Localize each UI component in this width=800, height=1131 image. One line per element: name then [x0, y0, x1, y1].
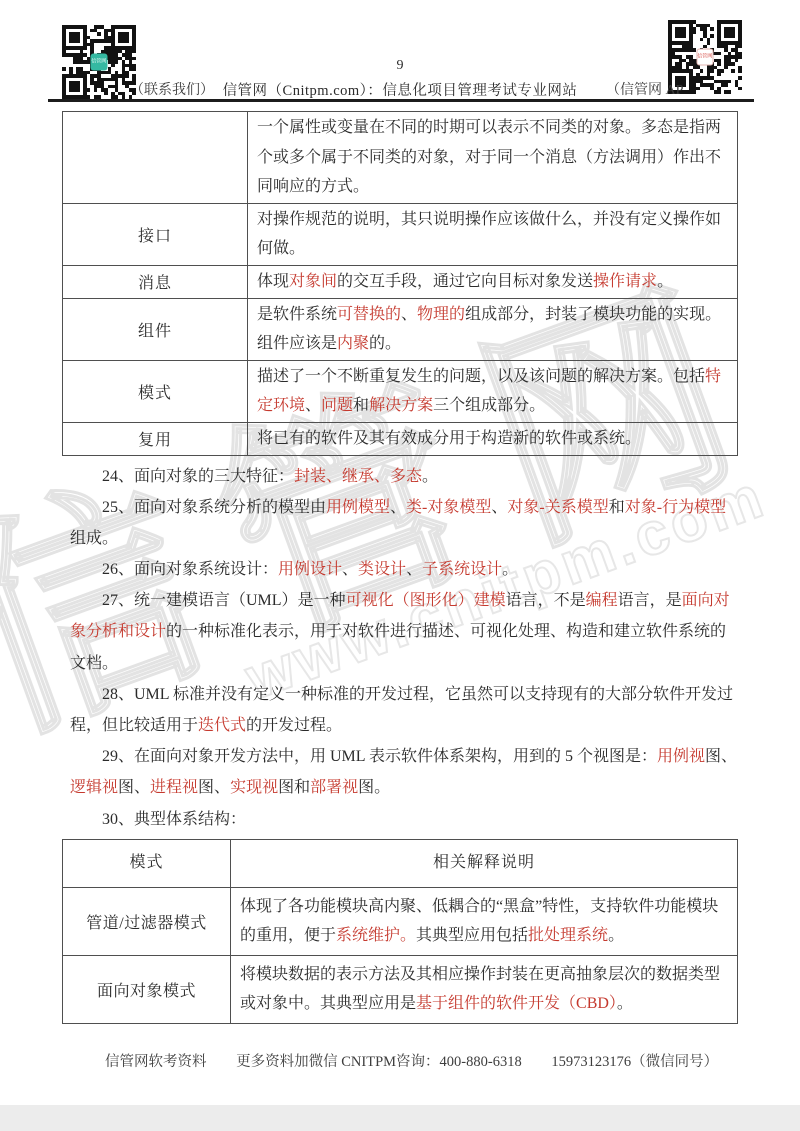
architecture-patterns-table: 模式 相关解释说明 管道/过滤器模式 体现了各功能模块高内聚、低耦合的“黑盒”特…: [62, 839, 738, 1024]
qr-app-label: （信管网 AP: [606, 79, 683, 99]
highlighted-text: 操作请求: [593, 273, 657, 290]
definition-cell: 描述了一个不断重复发生的问题，以及该问题的解决方案。包括特定环境、问题和解决方案…: [248, 360, 738, 422]
table-header-row: 模式 相关解释说明: [63, 839, 738, 887]
pattern-cell: 面向对象模式: [63, 955, 231, 1023]
highlighted-text: 进程视: [150, 779, 198, 796]
footer-site-label: 信管网软考资料: [105, 1054, 207, 1070]
text-run: 图、: [198, 779, 230, 796]
text-run: 30、典型体系结构：: [102, 811, 246, 828]
note-item-30: 30、典型体系结构：: [70, 804, 738, 835]
footer-wechat-label: 更多资料加微信 CNITPM: [236, 1054, 396, 1070]
text-run: 图和: [278, 779, 310, 796]
text-run: 语言，不是: [506, 592, 586, 609]
oo-terms-table: 一个属性或变量在不同的时期可以表示不同类的对象。多态是指两个或多个属于不同类的对…: [62, 111, 738, 456]
term-cell: [63, 112, 248, 204]
text-run: 。: [617, 995, 633, 1012]
text-run: 。: [657, 273, 673, 290]
highlighted-text: 类设计: [358, 561, 406, 578]
definition-cell: 将已有的软件及其有效成分用于构造新的软件或系统。: [248, 422, 738, 455]
highlighted-text: 用例模型: [326, 499, 390, 516]
notes-list: 24、面向对象的三大特征：封装、继承、多态。 25、面向对象系统分析的模型由用例…: [62, 461, 738, 835]
text-run: 24、面向对象的三大特征：: [102, 468, 294, 485]
text-run: 25、面向对象系统分析的模型由: [102, 499, 326, 516]
highlighted-text: 可视化（图形化）建模: [346, 592, 506, 609]
text-run: 图。: [358, 779, 390, 796]
text-run: 、: [401, 306, 417, 323]
text-run: 的一种标准化表示，用于对软件进行描述、可视化处理、构造和建立软件系统的文档。: [70, 623, 726, 671]
table-row: 复用 将已有的软件及其有效成分用于构造新的软件或系统。: [63, 422, 738, 455]
text-run: 和: [353, 397, 369, 414]
highlighted-text: 可替换的: [337, 306, 401, 323]
text-run: 的。: [369, 335, 401, 352]
text-run: 其典型应用包括: [416, 927, 528, 944]
qr-contact-label: （联系我们）: [130, 79, 214, 99]
text-run: 26、面向对象系统设计：: [102, 561, 278, 578]
highlighted-text: 对象间: [289, 273, 337, 290]
explanation-cell: 将模块数据的表示方法及其相应操作封装在更高抽象层次的数据类型或对象中。其典型应用…: [231, 955, 738, 1023]
table-row: 面向对象模式 将模块数据的表示方法及其相应操作封装在更高抽象层次的数据类型或对象…: [63, 955, 738, 1023]
note-item-24: 24、面向对象的三大特征：封装、继承、多态。: [70, 461, 738, 492]
text-run: 三个组成部分。: [433, 397, 545, 414]
highlighted-text: 用例设计: [278, 561, 342, 578]
page-bottom-band: [0, 1105, 800, 1131]
text-run: 。: [502, 561, 518, 578]
footer-hotline: 咨询：400-880-6318: [396, 1054, 522, 1070]
table-row: 组件 是软件系统可替换的、物理的组成部分，封装了模块功能的实现。组件应该是内聚的…: [63, 298, 738, 360]
footer-left: 信管网软考资料 更多资料加微信 CNITPM: [105, 1050, 396, 1071]
definition-cell: 是软件系统可替换的、物理的组成部分，封装了模块功能的实现。组件应该是内聚的。: [248, 298, 738, 360]
highlighted-text: 编程: [586, 592, 618, 609]
highlighted-text: 问题: [321, 397, 353, 414]
text-run: 、: [406, 561, 422, 578]
column-header-explanation: 相关解释说明: [231, 839, 738, 887]
highlighted-text: 解决方案: [369, 397, 433, 414]
highlighted-text: 批处理系统: [528, 927, 608, 944]
footer-right: 咨询：400-880-6318 15973123176（微信同号）: [396, 1050, 718, 1071]
highlighted-text: 对象-关系模型: [507, 499, 608, 516]
text-run: 、: [390, 499, 406, 516]
note-item-26: 26、面向对象系统设计：用例设计、类设计、子系统设计。: [70, 554, 738, 585]
term-cell: 接口: [63, 203, 248, 265]
text-run: 、: [342, 561, 358, 578]
definition-cell: 对操作规范的说明，其只说明操作应该做什么，并没有定义操作如何做。: [248, 203, 738, 265]
highlighted-text: 物理的: [417, 306, 465, 323]
term-cell: 组件: [63, 298, 248, 360]
highlighted-text: 基于组件的软件开发（CBD）: [416, 995, 617, 1012]
text-run: 。: [422, 468, 438, 485]
highlighted-text: 实现视: [230, 779, 278, 796]
pattern-cell: 管道/过滤器模式: [63, 887, 231, 955]
footer-phone: 15973123176（微信同号）: [551, 1054, 718, 1070]
document-body: 一个属性或变量在不同的时期可以表示不同类的对象。多态是指两个或多个属于不同类的对…: [62, 111, 738, 1024]
note-item-25: 25、面向对象系统分析的模型由用例模型、类-对象模型、对象-关系模型和对象-行为…: [70, 492, 738, 554]
text-run: 体现: [257, 273, 289, 290]
text-run: 是软件系统: [257, 306, 337, 323]
text-run: 和: [609, 499, 625, 516]
term-cell: 消息: [63, 265, 248, 298]
highlighted-text: 封装、继承、多态: [294, 468, 422, 485]
table-row: 管道/过滤器模式 体现了各功能模块高内聚、低耦合的“黑盒”特性，支持软件功能模块…: [63, 887, 738, 955]
highlighted-text: 逻辑视: [70, 779, 118, 796]
explanation-cell: 体现了各功能模块高内聚、低耦合的“黑盒”特性，支持软件功能模块的重用，便于系统维…: [231, 887, 738, 955]
note-item-27: 27、统一建模语言（UML）是一种可视化（图形化）建模语言，不是编程语言，是面向…: [70, 585, 738, 679]
note-item-28: 28、UML 标准并没有定义一种标准的开发过程，它虽然可以支持现有的大部分软件开…: [70, 679, 738, 741]
table-row: 一个属性或变量在不同的时期可以表示不同类的对象。多态是指两个或多个属于不同类的对…: [63, 112, 738, 204]
highlighted-text: 类-对象模型: [406, 499, 491, 516]
table-row: 接口 对操作规范的说明，其只说明操作应该做什么，并没有定义操作如何做。: [63, 203, 738, 265]
text-run: 29、在面向对象开发方法中，用 UML 表示软件体系架构，用到的 5 个视图是：: [102, 748, 657, 765]
text-run: 的开发过程。: [246, 717, 342, 734]
column-header-pattern: 模式: [63, 839, 231, 887]
text-run: 对操作规范的说明，其只说明操作应该做什么，并没有定义操作如何做。: [257, 211, 721, 258]
page-footer: 信管网软考资料 更多资料加微信 CNITPM 咨询：400-880-6318 1…: [0, 1050, 800, 1071]
definition-cell: 体现对象间的交互手段，通过它向目标对象发送操作请求。: [248, 265, 738, 298]
highlighted-text: 子系统设计: [422, 561, 502, 578]
text-run: 、: [305, 397, 321, 414]
header-rule: [48, 99, 754, 102]
highlighted-text: 对象-行为模型: [625, 499, 726, 516]
term-cell: 模式: [63, 360, 248, 422]
highlighted-text: 部署视: [310, 779, 358, 796]
table-row: 消息 体现对象间的交互手段，通过它向目标对象发送操作请求。: [63, 265, 738, 298]
table-row: 模式 描述了一个不断重复发生的问题，以及该问题的解决方案。包括特定环境、问题和解…: [63, 360, 738, 422]
text-run: 、: [491, 499, 507, 516]
text-run: 组成。: [70, 530, 118, 547]
text-run: 描述了一个不断重复发生的问题，以及该问题的解决方案。包括: [257, 368, 705, 385]
highlighted-text: 系统维护。: [336, 927, 416, 944]
text-run: 语言，是: [618, 592, 682, 609]
highlighted-text: 迭代式: [198, 717, 246, 734]
highlighted-text: 用例视: [657, 748, 705, 765]
highlighted-text: 内聚: [337, 335, 369, 352]
text-run: 27、统一建模语言（UML）是一种: [102, 592, 346, 609]
text-run: 图、: [118, 779, 150, 796]
note-item-29: 29、在面向对象开发方法中，用 UML 表示软件体系架构，用到的 5 个视图是：…: [70, 741, 738, 803]
text-run: 。: [608, 927, 624, 944]
term-cell: 复用: [63, 422, 248, 455]
definition-cell: 一个属性或变量在不同的时期可以表示不同类的对象。多态是指两个或多个属于不同类的对…: [248, 112, 738, 204]
text-run: 的交互手段，通过它向目标对象发送: [337, 273, 593, 290]
text-run: 图、: [705, 748, 737, 765]
text-run: 28、UML 标准并没有定义一种标准的开发过程，它虽然可以支持现有的大部分软件开…: [70, 686, 733, 734]
text-run: 一个属性或变量在不同的时期可以表示不同类的对象。多态是指两个或多个属于不同类的对…: [257, 119, 721, 195]
text-run: 将已有的软件及其有效成分用于构造新的软件或系统。: [257, 430, 641, 447]
page-number: 9: [0, 58, 800, 74]
